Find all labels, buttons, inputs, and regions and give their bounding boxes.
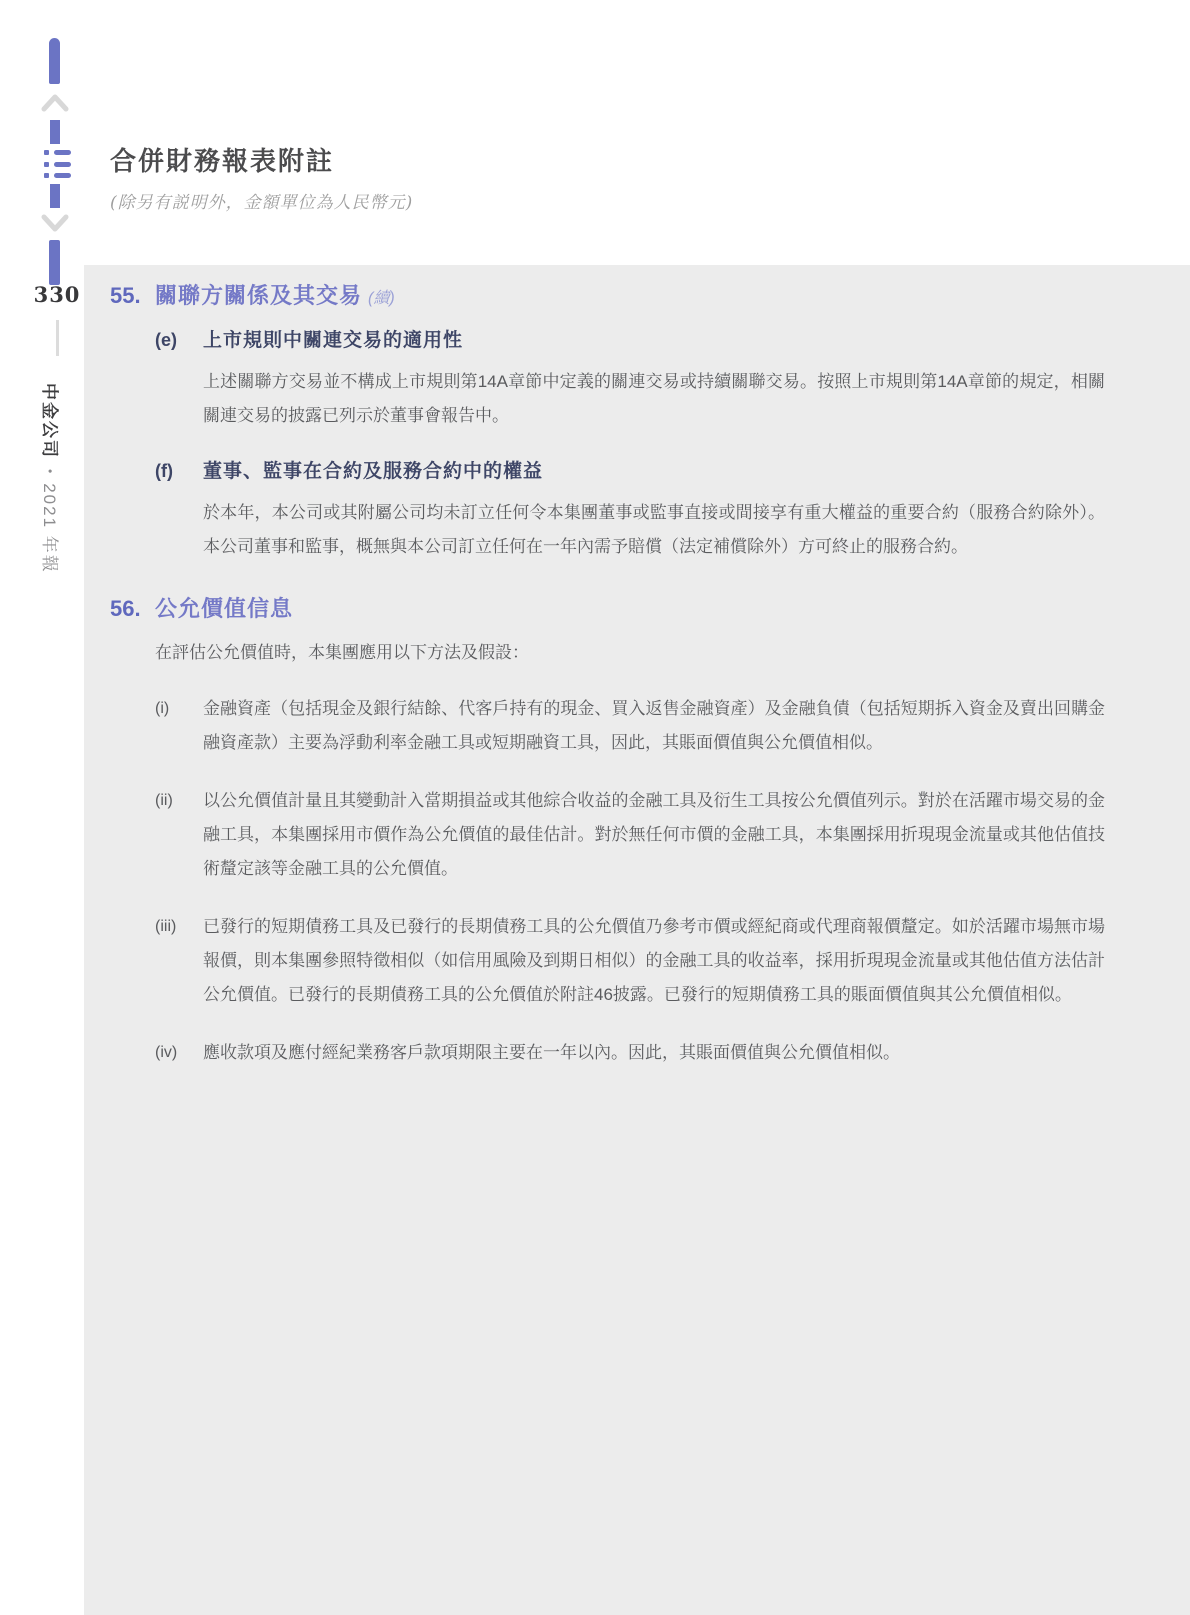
divider-line xyxy=(56,320,59,356)
publication-name: 中金公司 xyxy=(40,383,59,459)
document-header: 合併財務報表附註 (除另有説明外，金額單位為人民幣元) xyxy=(110,141,413,213)
fair-value-item-iv: (iv) 應收款項及應付經紀業務客戶款項期限主要在一年以內。因此，其賬面價值與公… xyxy=(155,1036,1190,1070)
rounded-bar-icon xyxy=(49,38,60,84)
chevron-down-icon xyxy=(41,214,69,233)
section-56-heading: 56. 公允價值信息 xyxy=(110,594,1190,624)
item-marker: (ii) xyxy=(155,784,203,818)
menu-list-row xyxy=(44,162,71,167)
menu-list-row xyxy=(44,150,71,155)
item-paragraph: 以公允價值計量且其變動計入當期損益或其他綜合收益的金融工具及衍生工具按公允價值列… xyxy=(203,784,1105,886)
subsection-e: (e) 上市規則中關連交易的適用性 上述關聯方交易並不構成上市規則第14A章節中… xyxy=(110,326,1190,433)
section-56-intro: 在評估公允價值時，本集團應用以下方法及假設： xyxy=(155,638,1105,668)
section-55: 55. 關聯方關係及其交易 (續) (e) 上市規則中關連交易的適用性 上述關聯… xyxy=(110,281,1190,564)
content-panel: 55. 關聯方關係及其交易 (續) (e) 上市規則中關連交易的適用性 上述關聯… xyxy=(84,265,1190,1615)
subsection-title: 董事、監事在合約及服務合約中的權益 xyxy=(203,458,543,486)
section-number: 56. xyxy=(110,594,155,624)
chevron-up-icon xyxy=(41,93,69,112)
menu-list-icon xyxy=(44,150,71,178)
item-paragraph: 已發行的短期債務工具及已發行的長期債務工具的公允價值乃參考市價或經紀商或代理商報… xyxy=(203,910,1105,1012)
section-title: 公允價值信息 xyxy=(155,594,293,624)
subsection-e-heading: (e) 上市規則中關連交易的適用性 xyxy=(155,326,1190,355)
item-paragraph: 金融資產（包括現金及銀行結餘、代客戶持有的現金、買入返售金融資產）及金融負債（包… xyxy=(203,692,1105,760)
margin-sidebar: 330 中金公司•2021 年報 xyxy=(0,0,85,1615)
section-continued-label: (續) xyxy=(368,284,395,314)
item-paragraph: 應收款項及應付經紀業務客戶款項期限主要在一年以內。因此，其賬面價值與公允價值相似… xyxy=(203,1036,1105,1070)
item-marker: (iii) xyxy=(155,910,203,944)
subsection-marker: (f) xyxy=(155,457,203,485)
section-55-heading: 55. 關聯方關係及其交易 (續) xyxy=(110,281,1190,314)
section-number: 55. xyxy=(110,281,155,311)
report-page: 330 中金公司•2021 年報 合併財務報表附註 (除另有説明外，金額單位為人… xyxy=(0,0,1190,1615)
tall-bar-icon xyxy=(49,240,60,285)
document-subtitle: (除另有説明外，金額單位為人民幣元) xyxy=(110,188,413,213)
document-title: 合併財務報表附註 xyxy=(110,141,413,178)
subsection-f-heading: (f) 董事、監事在合約及服務合約中的權益 xyxy=(155,457,1190,486)
separator-dot: • xyxy=(43,469,57,473)
publication-info: 中金公司•2021 年報 xyxy=(39,383,64,574)
item-marker: (i) xyxy=(155,692,203,726)
subsection-f: (f) 董事、監事在合約及服務合約中的權益 於本年，本公司或其附屬公司均未訂立任… xyxy=(110,457,1190,564)
subsection-marker: (e) xyxy=(155,326,203,354)
subsection-title: 上市規則中關連交易的適用性 xyxy=(203,327,463,355)
small-bar-icon xyxy=(50,184,60,208)
fair-value-item-ii: (ii) 以公允價值計量且其變動計入當期損益或其他綜合收益的金融工具及衍生工具按… xyxy=(155,784,1190,886)
fair-value-item-iii: (iii) 已發行的短期債務工具及已發行的長期債務工具的公允價值乃參考市價或經紀… xyxy=(155,910,1190,1012)
subsection-f-paragraph: 於本年，本公司或其附屬公司均未訂立任何令本集團董事或監事直接或間接享有重大權益的… xyxy=(203,496,1105,564)
small-bar-icon xyxy=(50,120,60,144)
menu-list-row xyxy=(44,173,71,178)
section-title: 關聯方關係及其交易 xyxy=(155,281,362,311)
page-number: 330 xyxy=(22,282,92,307)
subsection-e-paragraph: 上述關聯方交易並不構成上市規則第14A章節中定義的關連交易或持續關聯交易。按照上… xyxy=(203,365,1105,433)
section-56: 56. 公允價值信息 在評估公允價值時，本集團應用以下方法及假設： (i) 金融… xyxy=(110,594,1190,1070)
edition-year: 2021 年報 xyxy=(40,483,59,574)
item-marker: (iv) xyxy=(155,1036,203,1070)
fair-value-item-i: (i) 金融資產（包括現金及銀行結餘、代客戶持有的現金、買入返售金融資產）及金融… xyxy=(155,692,1190,760)
